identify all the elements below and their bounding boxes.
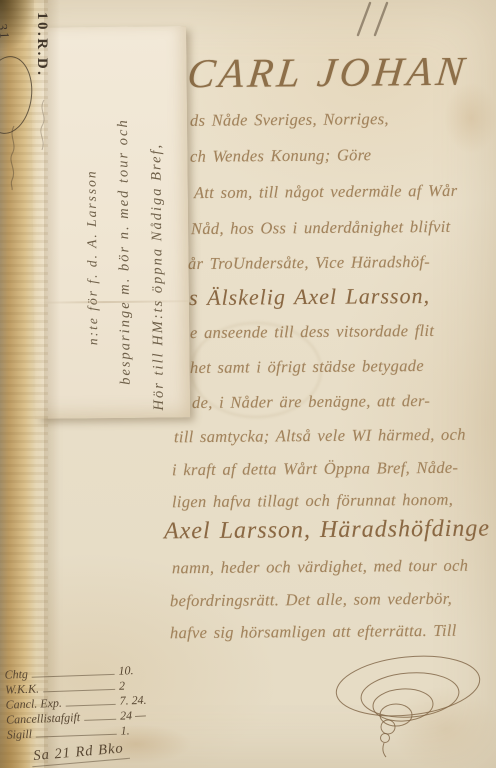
fee-value: 1. [120, 722, 159, 738]
fee-leader [84, 719, 116, 721]
letter-line: e anseende till dess vitsordade flit [190, 321, 434, 343]
fee-label: Cancellistafgift [6, 710, 80, 728]
price-mark: 10.R.D. [33, 12, 50, 77]
fee-value: 7. 24. [119, 692, 158, 708]
fee-leader [32, 674, 115, 678]
letter-line: s Älskelig Axel Larsson, [189, 283, 430, 311]
stamp-squiggle [2, 122, 24, 192]
note-line: besparinge m. bör n. med tour och [106, 59, 143, 411]
letter-line: het samt i öfrigt städse betygade [190, 356, 424, 378]
fee-label: Chtg [4, 667, 28, 683]
attached-note: Hör till HM:ts öppna Nådiga Bref, bespar… [31, 26, 190, 419]
note-text: Hör till HM:ts öppna Nådiga Bref, bespar… [70, 58, 178, 411]
letter-line: Att som, till något vedermäle af Wår [194, 181, 458, 203]
fee-value: 24 — [120, 707, 159, 723]
note-line: Hör till HM:ts öppna Nådiga Bref, [139, 58, 176, 410]
ink-flourish-doodle [330, 646, 486, 764]
scanned-document: CARL JOHAN ds Nåde Sveriges, Norriges, c… [0, 0, 496, 768]
fee-value: 10. [118, 662, 157, 678]
letter-line: de, i Nåder äre benägne, att der- [192, 391, 430, 413]
letter-heading: CARL JOHAN [185, 47, 470, 97]
fee-total: Sa 21 Rd Bko [31, 740, 130, 767]
letter-line: i kraft af detta Wårt Öppna Bref, Nåde- [172, 458, 458, 480]
fee-leader [66, 704, 116, 707]
fee-label: W.K.K. [5, 681, 39, 697]
letter-line: befordringsrätt. Det alle, som vederbör, [170, 589, 452, 611]
fee-list: Chtg 10. W.K.K. 2 Cancl. Exp. 7. 24. Can… [4, 662, 159, 765]
letter-line: ds Nåde Sveriges, Norriges, [190, 109, 389, 131]
letter-line: år TroUndersåte, Vice Häradshöf- [188, 252, 430, 274]
corner-number: 31 [0, 22, 13, 42]
letter-line: Axel Larsson, Häradshöfdinge [164, 516, 490, 546]
letter-line: ligen hafva tillagt och förunnat honom, [172, 490, 453, 512]
letter-line: Nåd, hos Oss i underdånighet blifvit [191, 217, 451, 239]
letter-line: namn, heder och värdighet, med tour och [172, 556, 468, 579]
letter-line: till samtycka; Altså vele WI härmed, och [174, 425, 466, 448]
pencil-mark [348, 0, 400, 40]
fee-value: 2 [119, 677, 158, 693]
fee-leader [36, 734, 117, 738]
note-line: n:te för f. d. A. Larsson [73, 59, 110, 411]
letter-line: ch Wendes Konung; Göre [190, 145, 372, 167]
margin-scribble [31, 96, 55, 154]
fee-label: Sigill [6, 727, 32, 743]
letter-line: hafve sig hörsamligen att efterrätta. Ti… [170, 621, 457, 644]
fee-leader [43, 689, 115, 693]
